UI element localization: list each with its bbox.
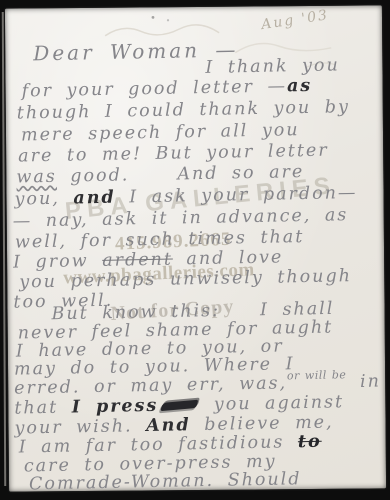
line-text-dark: And — [146, 415, 191, 436]
letter-page: Aug '03 PBA GALLERIES 415.989.2665 www.p… — [5, 5, 386, 491]
letter-line: I thank you — [205, 55, 340, 78]
letter-line: Comrade-Woman. Should — [29, 469, 302, 494]
letter-line: for your good letter —as — [21, 76, 312, 102]
line-text-dark: I press — [72, 396, 159, 418]
line-text: and love — [173, 247, 284, 269]
line-text: good. — [57, 165, 130, 186]
ink-scribble — [160, 399, 198, 410]
letter-line: though I could thank you by — [17, 97, 350, 123]
line-text: in — [346, 372, 381, 393]
letter-line: was good.And so are — [16, 162, 304, 188]
line-text-underlined: was — [16, 167, 57, 188]
line-text: that — [14, 397, 72, 418]
line-text-struck: ardent — [102, 250, 173, 271]
line-text-dark: and — [73, 188, 116, 209]
line-text: for your good letter — — [21, 76, 287, 101]
line-text: you against — [200, 392, 344, 415]
scanned-letter-image: Aug '03 PBA GALLERIES 415.989.2665 www.p… — [0, 0, 390, 500]
date-annotation: Aug '03 — [260, 7, 330, 33]
line-text: I ask your pardon— — [115, 183, 357, 208]
line-text-dark: as — [287, 76, 313, 96]
line-text: And so are — [177, 162, 304, 184]
line-text-struck-dark: to — [298, 432, 322, 452]
line-text: I grow — [13, 251, 102, 273]
line-text: you, — [14, 188, 73, 209]
inserted-text: or will be — [287, 368, 347, 382]
